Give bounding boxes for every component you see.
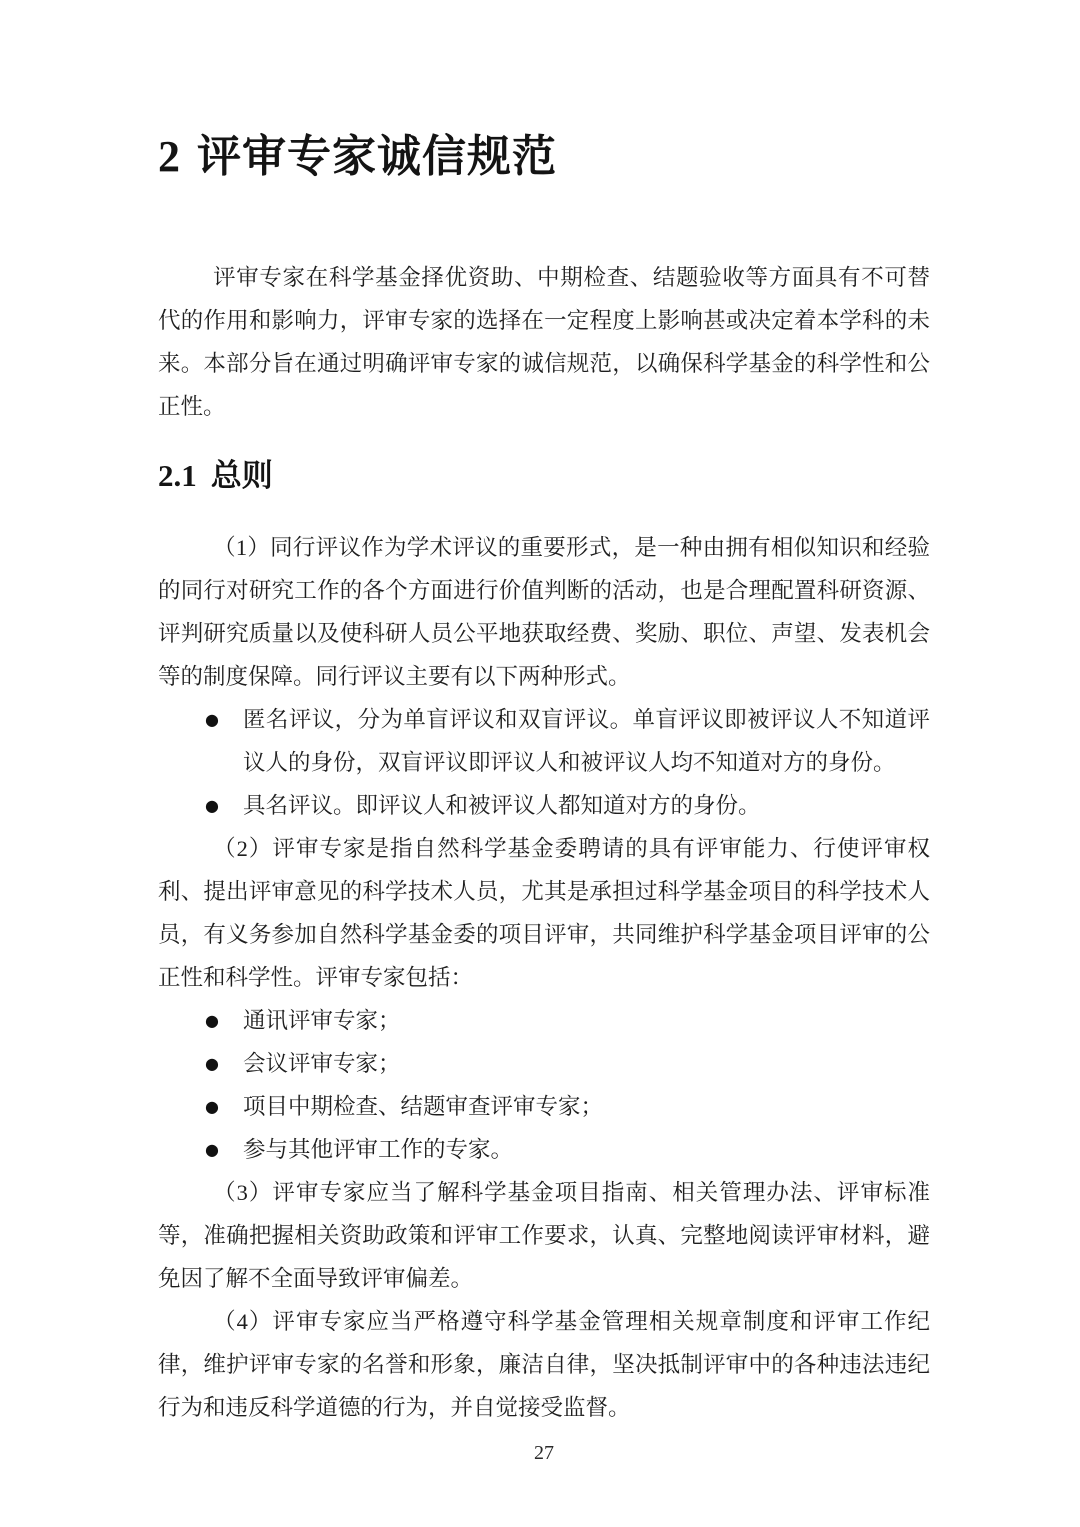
- page-number: 27: [158, 1441, 930, 1465]
- bullet-icon: ●: [205, 784, 243, 827]
- list-item: ● 项目中期检查、结题审查评审专家；: [158, 1085, 930, 1128]
- list-item-text: 参与其他评审工作的专家。: [243, 1128, 930, 1171]
- list-item-text: 项目中期检查、结题审查评审专家；: [243, 1085, 930, 1128]
- section-heading: 2.1总则: [158, 453, 930, 499]
- chapter-number: 2: [158, 132, 181, 181]
- review-forms-list: ● 匿名评议，分为单盲评议和双盲评议。单盲评议即被评议人不知道评议人的身份，双盲…: [158, 698, 930, 827]
- list-item-text: 会议评审专家；: [243, 1042, 930, 1085]
- section-heading-text: 总则: [211, 458, 273, 493]
- intro-paragraph: 评审专家在科学基金择优资助、中期检查、结题验收等方面具有不可替代的作用和影响力，…: [158, 256, 930, 428]
- list-item: ● 通讯评审专家；: [158, 999, 930, 1042]
- document-page: 2评审专家诚信规范 评审专家在科学基金择优资助、中期检查、结题验收等方面具有不可…: [0, 0, 1080, 1527]
- bullet-icon: ●: [205, 698, 243, 741]
- list-item: ● 匿名评议，分为单盲评议和双盲评议。单盲评议即被评议人不知道评议人的身份，双盲…: [158, 698, 930, 784]
- bullet-icon: ●: [205, 1085, 243, 1128]
- list-item-text: 具名评议。即评议人和被评议人都知道对方的身份。: [243, 784, 930, 827]
- paragraph-1: （1）同行评议作为学术评议的重要形式，是一种由拥有相似知识和经验的同行对研究工作…: [158, 526, 930, 698]
- section-number: 2.1: [158, 458, 197, 493]
- bullet-icon: ●: [205, 1042, 243, 1085]
- list-item: ● 会议评审专家；: [158, 1042, 930, 1085]
- list-item-text: 匿名评议，分为单盲评议和双盲评议。单盲评议即被评议人不知道评议人的身份，双盲评议…: [243, 698, 930, 784]
- list-item: ● 具名评议。即评议人和被评议人都知道对方的身份。: [158, 784, 930, 827]
- paragraph-3: （3）评审专家应当了解科学基金项目指南、相关管理办法、评审标准等，准确把握相关资…: [158, 1171, 930, 1300]
- paragraph-2: （2）评审专家是指自然科学基金委聘请的具有评审能力、行使评审权利、提出评审意见的…: [158, 827, 930, 999]
- bullet-icon: ●: [205, 1128, 243, 1171]
- chapter-title: 2评审专家诚信规范: [158, 128, 930, 186]
- expert-types-list: ● 通讯评审专家； ● 会议评审专家； ● 项目中期检查、结题审查评审专家； ●…: [158, 999, 930, 1171]
- bullet-icon: ●: [205, 999, 243, 1042]
- page-content: 2评审专家诚信规范 评审专家在科学基金择优资助、中期检查、结题验收等方面具有不可…: [0, 0, 1080, 1465]
- chapter-title-text: 评审专家诚信规范: [197, 132, 557, 181]
- list-item: ● 参与其他评审工作的专家。: [158, 1128, 930, 1171]
- paragraph-4: （4）评审专家应当严格遵守科学基金管理相关规章制度和评审工作纪律，维护评审专家的…: [158, 1300, 930, 1429]
- list-item-text: 通讯评审专家；: [243, 999, 930, 1042]
